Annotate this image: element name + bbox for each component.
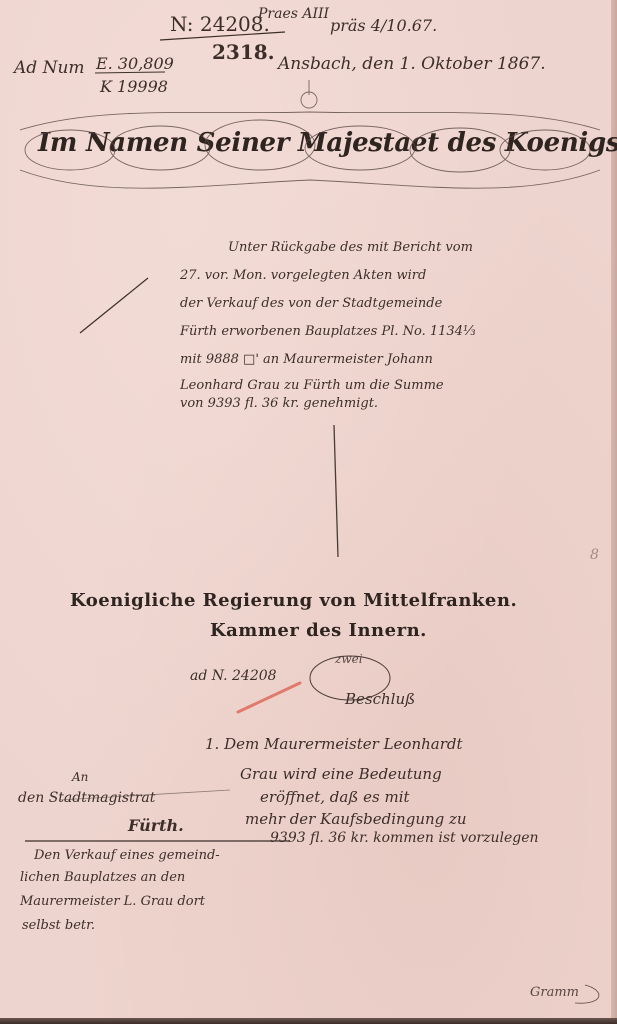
decorative-strokes <box>0 0 617 1024</box>
